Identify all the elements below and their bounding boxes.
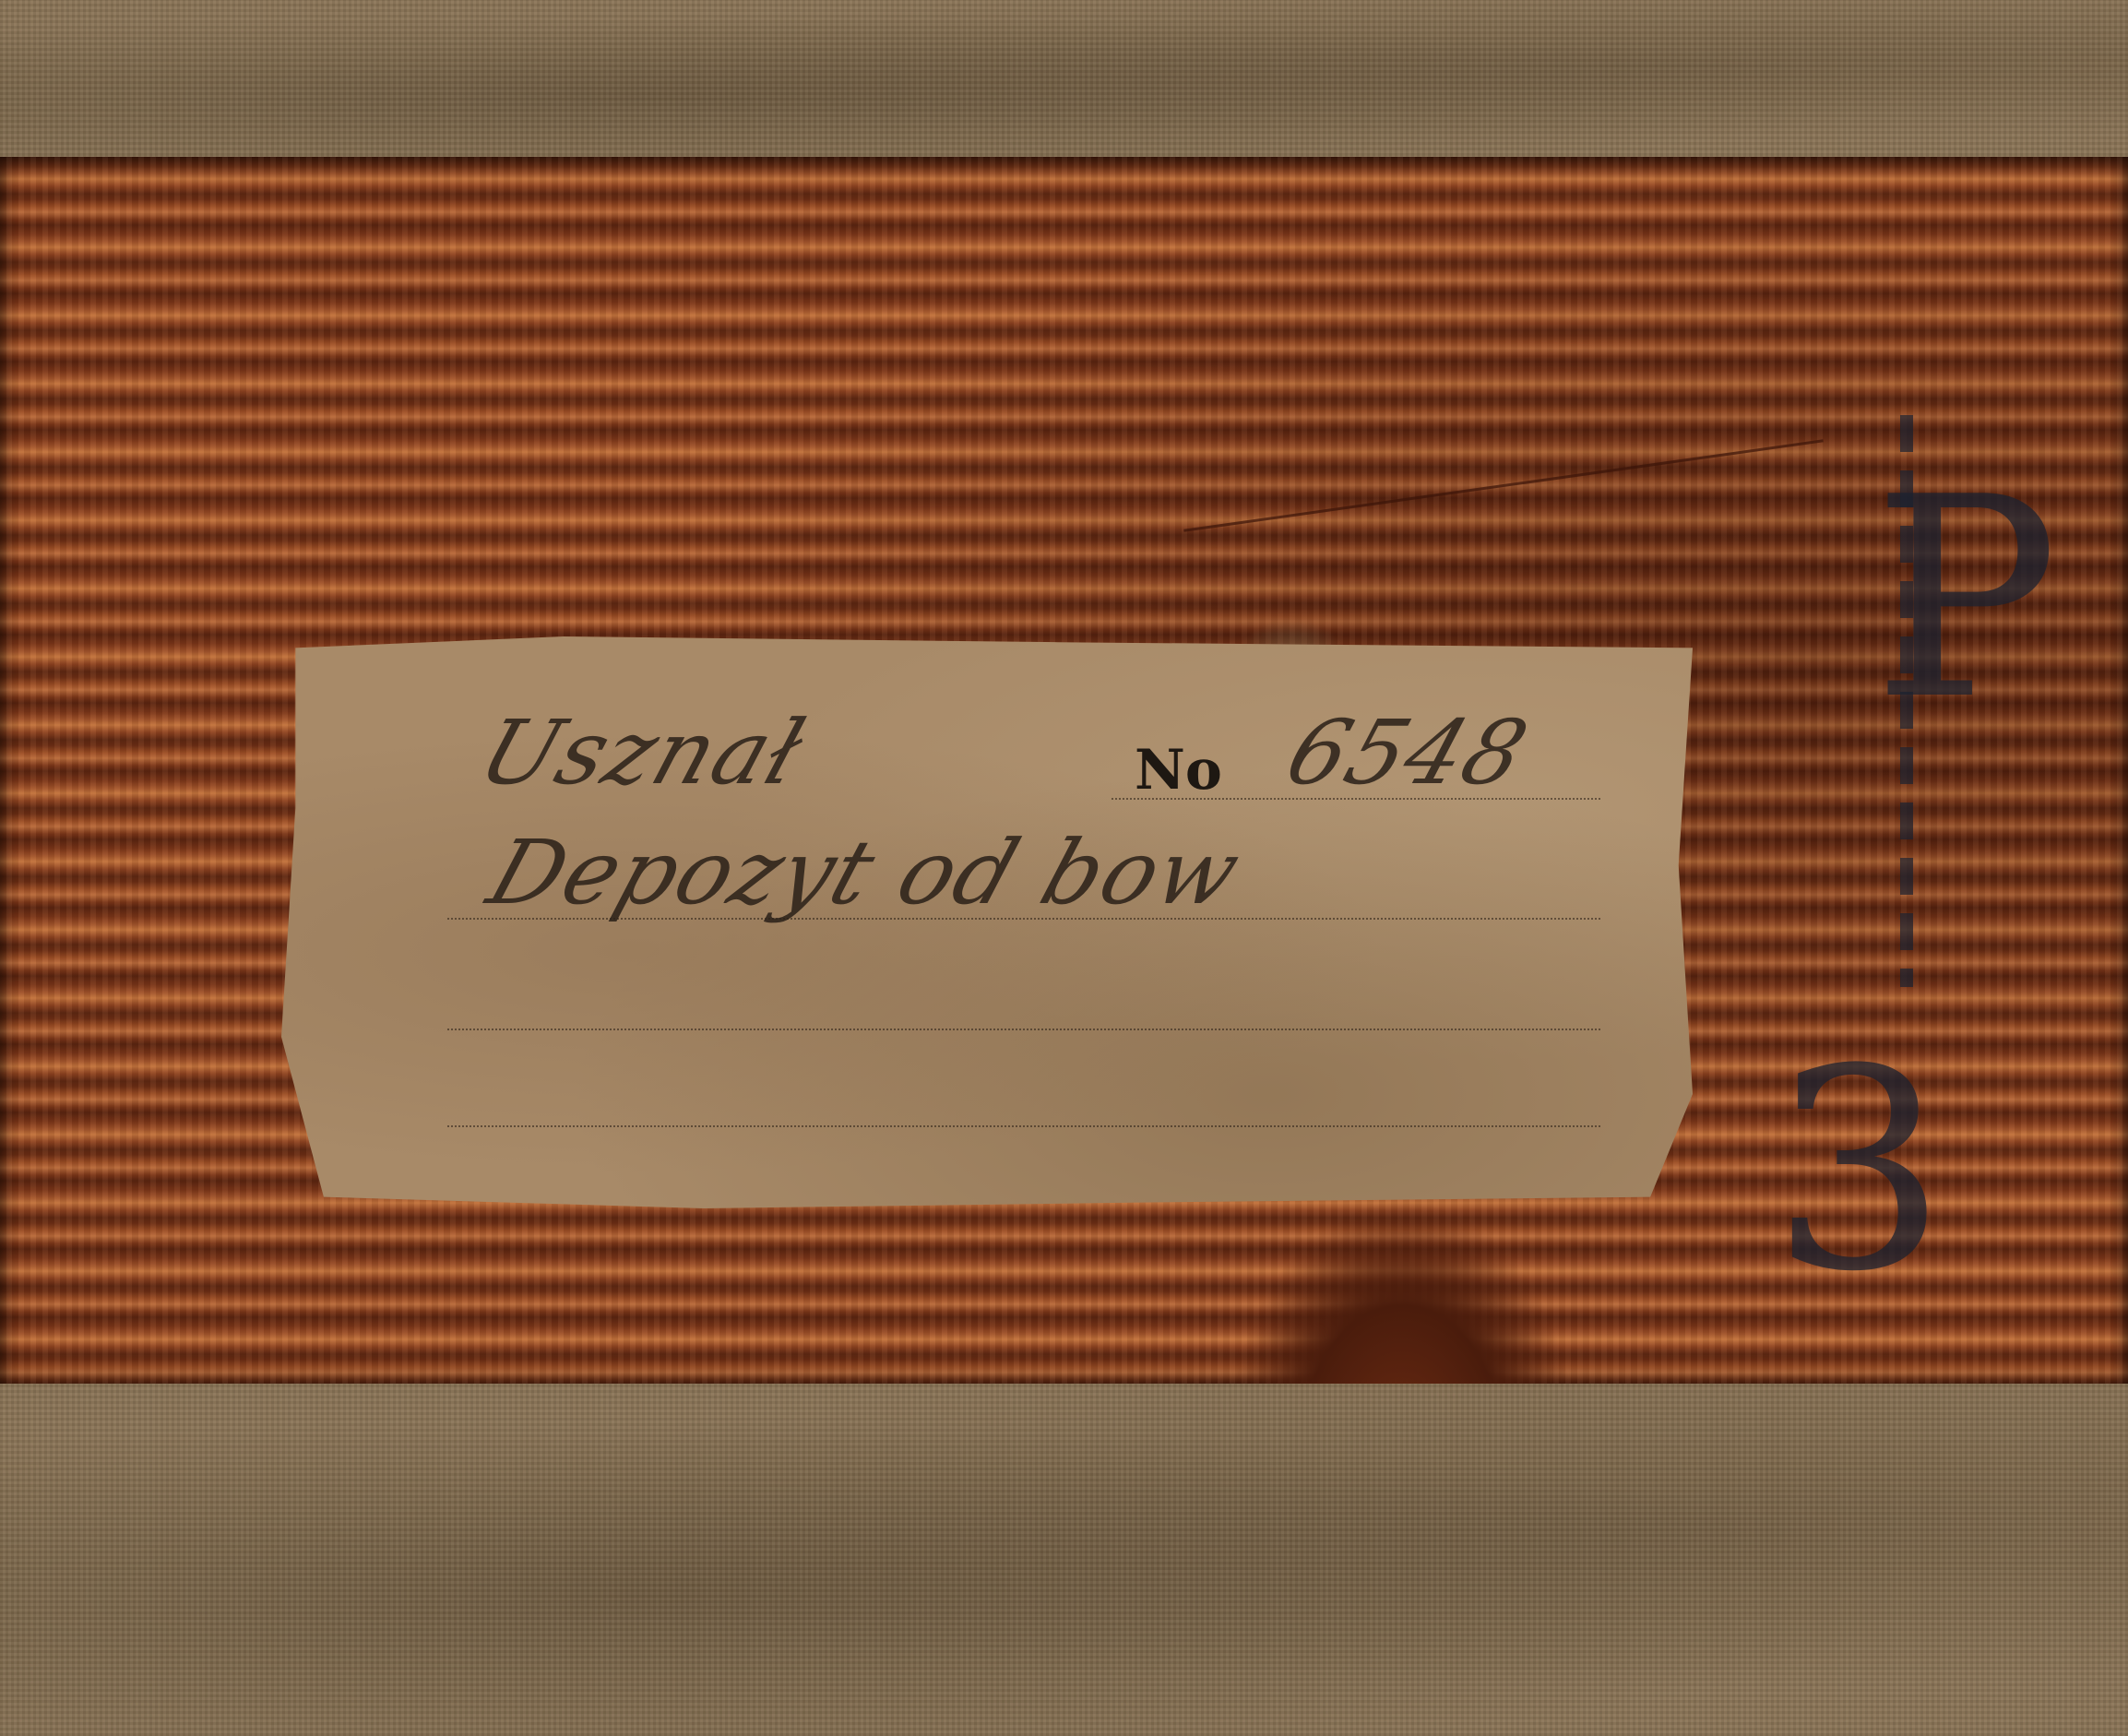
label-rule (447, 1125, 1600, 1127)
label-rule (447, 1029, 1600, 1030)
canvas-back-top (0, 0, 2128, 161)
canvas-back-bottom (0, 1384, 2128, 1736)
crayon-mark-number: 3 (1771, 1033, 1947, 1310)
crayon-mark-letter: P (1872, 461, 2059, 738)
inventory-label: Usznał No 6548 Depozyt od bow (281, 636, 1693, 1208)
label-inventory-number: 6548 (1275, 701, 1541, 804)
label-number-prefix: No (1135, 738, 1222, 803)
label-handwriting-line1: Usznał (468, 701, 817, 804)
label-handwriting-line2: Depozyt od bow (477, 821, 1254, 924)
